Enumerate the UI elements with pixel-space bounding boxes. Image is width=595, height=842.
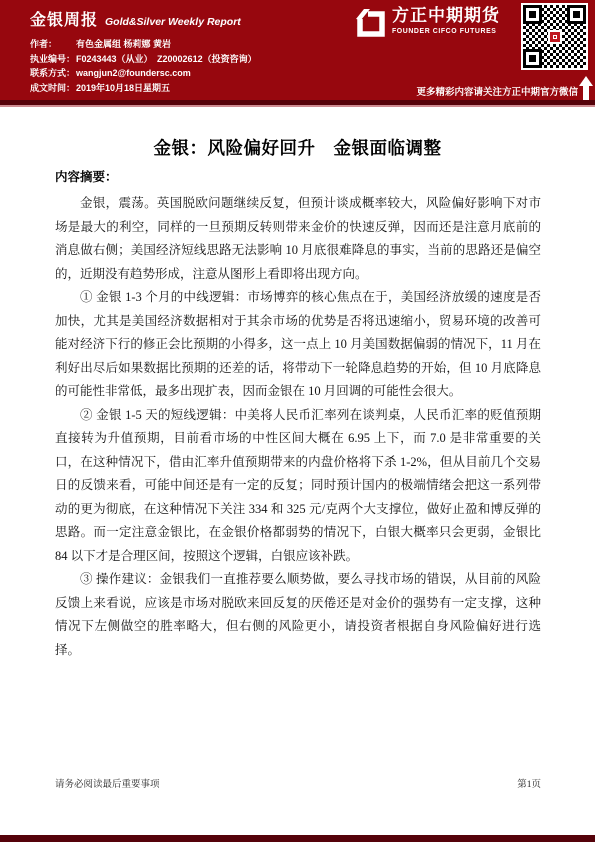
report-page: 金银周报Gold&Silver Weekly Report 作者：有色金属组 杨… bbox=[0, 0, 595, 842]
contact-row: 联系方式：wangjun2@foundersc.com bbox=[30, 66, 257, 81]
brand-logo: 方正中期期货 FOUNDER CIFCO FUTURES bbox=[355, 7, 500, 38]
founder-logo-icon bbox=[355, 7, 386, 38]
license-row: 执业编号：F0243443（从业） Z20002612（投资咨询） bbox=[30, 52, 257, 67]
report-header: 金银周报Gold&Silver Weekly Report 作者：有色金属组 杨… bbox=[0, 0, 595, 100]
brand-text: 方正中期期货 FOUNDER CIFCO FUTURES bbox=[392, 7, 500, 35]
report-title: 金银周报 bbox=[30, 12, 98, 29]
report-title-row: 金银周报Gold&Silver Weekly Report bbox=[30, 7, 257, 30]
summary-paragraphs: 金银，震荡。英国脱欧问题继续反复，但预计谈成概率较大，风险偏好影响下对市场是最大… bbox=[55, 192, 541, 662]
wechat-qr-code bbox=[521, 3, 588, 70]
date-row: 成文时间：2019年10月18日星期五 bbox=[30, 81, 257, 96]
qr-finder-icon bbox=[523, 5, 542, 24]
author-value: 有色金属组 杨莉娜 黄岩 bbox=[76, 39, 171, 49]
report-date: 2019年10月18日星期五 bbox=[76, 83, 170, 93]
date-label: 成文时间： bbox=[30, 81, 76, 96]
bottom-bar bbox=[0, 835, 595, 842]
brand-name-en: FOUNDER CIFCO FUTURES bbox=[392, 28, 500, 35]
author-label: 作者： bbox=[30, 37, 76, 52]
up-arrow-icon bbox=[579, 76, 593, 100]
author-row: 作者：有色金属组 杨莉娜 黄岩 bbox=[30, 37, 257, 52]
page-footer: 请务必阅读最后重要事项 第1页 bbox=[55, 776, 541, 790]
report-meta-fields: 作者：有色金属组 杨莉娜 黄岩 执业编号：F0243443（从业） Z20002… bbox=[30, 37, 257, 95]
qr-finder-icon bbox=[523, 49, 542, 68]
summary-label: 内容摘要： bbox=[55, 167, 118, 185]
license-label: 执业编号： bbox=[30, 52, 76, 67]
wechat-note: 更多精彩内容请关注方正中期官方微信 bbox=[416, 84, 578, 98]
paragraph-medium-term-logic: ① 金银 1-3 个月的中线逻辑：市场博弈的核心焦点在于，美国经济放缓的速度是否… bbox=[55, 286, 541, 404]
contact-email: wangjun2@foundersc.com bbox=[76, 68, 191, 78]
paragraph-trading-advice: ③ 操作建议：金银我们一直推荐要么顺势做，要么寻找市场的错误，从目前的风险反馈上… bbox=[55, 568, 541, 662]
paragraph-overview: 金银，震荡。英国脱欧问题继续反复，但预计谈成概率较大，风险偏好影响下对市场是最大… bbox=[55, 192, 541, 286]
qr-finder-icon bbox=[567, 5, 586, 24]
brand-name-cn: 方正中期期货 bbox=[392, 7, 500, 26]
qr-center-logo-icon bbox=[548, 30, 562, 44]
header-divider-pink bbox=[0, 105, 595, 107]
header-info-block: 金银周报Gold&Silver Weekly Report 作者：有色金属组 杨… bbox=[30, 7, 257, 95]
footer-disclaimer: 请务必阅读最后重要事项 bbox=[55, 776, 160, 790]
page-number: 第1页 bbox=[517, 776, 541, 790]
document-title: 金银：风险偏好回升 金银面临调整 bbox=[0, 135, 595, 160]
report-title-en: Gold&Silver Weekly Report bbox=[105, 16, 241, 28]
paragraph-short-term-logic: ② 金银 1-5 天的短线逻辑：中美将人民币汇率列在谈判桌，人民币汇率的贬值预期… bbox=[55, 404, 541, 569]
contact-label: 联系方式： bbox=[30, 66, 76, 81]
license-value: F0243443（从业） Z20002612（投资咨询） bbox=[76, 54, 257, 64]
